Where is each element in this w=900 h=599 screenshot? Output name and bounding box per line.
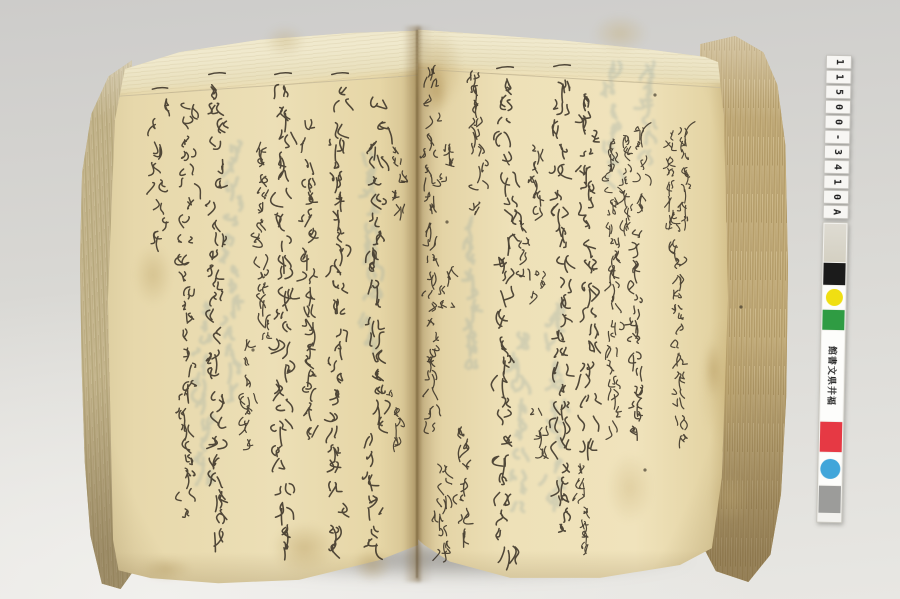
scale-bar-code-tile: 1 — [823, 175, 849, 190]
left-page — [96, 24, 418, 586]
scale-bar-code: 11500-3410A — [823, 55, 852, 220]
scale-bar-code-tile: 4 — [824, 160, 850, 175]
gutter-shadow — [403, 26, 433, 582]
scale-bar-green-patch — [822, 310, 844, 330]
archive-label: 館書文県井福 — [825, 346, 839, 406]
scale-bar-red-patch — [820, 422, 843, 452]
gutter-crease-line — [416, 30, 418, 578]
right-page-top-edges — [412, 0, 734, 89]
scale-bar-label-tile: 館書文県井福 — [820, 331, 844, 421]
scale-bar-code-tile: 1 — [825, 70, 851, 85]
blue-dot-icon — [820, 459, 840, 479]
scale-bar-black-patch — [823, 263, 845, 285]
right-page — [418, 24, 728, 584]
scale-bar-code-tile: 0 — [825, 100, 851, 115]
yellow-dot-icon — [825, 289, 842, 306]
scale-bar-blue-circle — [819, 453, 842, 485]
scale-bar: 11500-3410A 館書文県井福 — [816, 55, 852, 523]
scale-bar-code-tile: 5 — [825, 85, 851, 100]
scale-bar-code-tile: - — [824, 130, 850, 145]
left-page-top-edges — [90, 2, 425, 98]
scale-bar-end-cap — [818, 514, 840, 521]
scale-bar-code-tile: A — [823, 205, 849, 220]
scale-bar-gray-patch — [818, 486, 841, 513]
scale-bar-stick: 館書文県井福 — [816, 222, 848, 523]
scale-bar-code-tile: 1 — [826, 55, 852, 70]
scale-bar-code-tile: 0 — [824, 115, 850, 130]
scale-bar-yellow-circle — [823, 286, 845, 309]
scale-bar-blank-tile — [824, 224, 847, 262]
scale-bar-code-tile: 3 — [824, 145, 850, 160]
photo-stage: 11500-3410A 館書文県井福 — [0, 0, 900, 599]
scale-bar-code-tile: 0 — [823, 190, 849, 205]
